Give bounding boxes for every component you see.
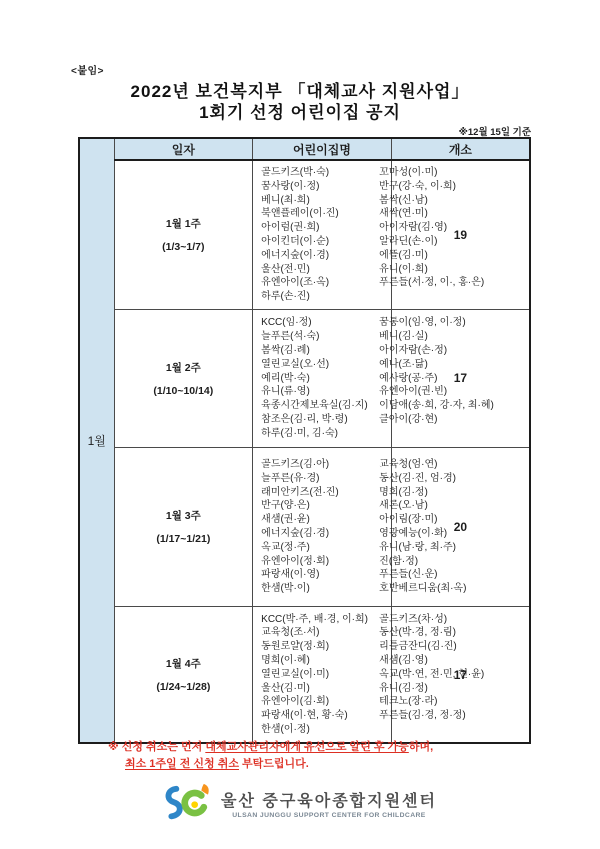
center-name: 파랑새(이·현, 황·숙) — [261, 709, 379, 723]
logo-mark-icon — [163, 781, 213, 825]
centers-column-left: 골드키즈(김·아)늘푸른(유·경)래미안키즈(전·진)반구(양·은)새샘(권·윤… — [261, 458, 379, 596]
column-header-center: 어린이집명 — [253, 138, 392, 160]
center-name: 아이킨더(이·순) — [261, 235, 379, 249]
center-name: 동산(박·경, 정·림) — [379, 626, 484, 640]
center-name: 호반베르디움(최·옥) — [379, 582, 466, 596]
center-name: 유니(남·랑, 최·주) — [379, 541, 466, 555]
center-name: 교육청(엄·연) — [379, 458, 466, 472]
center-name: 알라딘(손·이) — [379, 235, 484, 249]
center-name: 아이자람(손·정) — [379, 344, 494, 358]
centers-column-left: 골드키즈(박·숙)꿈사랑(이·정)베니(최·희)북앤플레이(이·진)아이럼(권·… — [261, 166, 379, 304]
center-name: 새샘(김·영) — [379, 654, 484, 668]
organization-logo: 울산 중구육아종합지원센터 ULSAN JUNGGU SUPPORT CENTE… — [0, 781, 600, 825]
attachment-label: <붙임> — [71, 62, 104, 77]
center-name: 파랑새(이·영) — [261, 568, 379, 582]
center-name: 유니(류·영) — [261, 385, 379, 399]
center-name: 푸른들(신·운) — [379, 568, 466, 582]
center-name: 새싹(연·미) — [379, 207, 484, 221]
centers-cell-week2: KCC(임·정)늘푸른(석·숙)봄싹(김·례)열린교실(오·선)예리(박·숙)유… — [253, 309, 392, 447]
center-name: 육종시간제보육실(김·지) — [261, 399, 379, 413]
center-name: 아이자람(김·영) — [379, 221, 484, 235]
center-name: 골드키즈(차·성) — [379, 613, 484, 627]
date-cell-week1: 1월 1주 (1/3~1/7) — [114, 160, 253, 309]
logo-text: 울산 중구육아종합지원센터 ULSAN JUNGGU SUPPORT CENTE… — [221, 788, 437, 819]
week-label: 1월 4주 — [115, 656, 253, 671]
center-name: 에너지숲(김·경) — [261, 527, 379, 541]
center-name: 봄싹(김·례) — [261, 344, 379, 358]
center-name: 명희(이·혜) — [261, 654, 379, 668]
week-label: 1월 3주 — [115, 508, 253, 523]
center-name: 베니(최·희) — [261, 194, 379, 208]
center-name: 열린교실(이·미) — [261, 668, 379, 682]
date-cell-week4: 1월 4주 (1/24~1/28) — [114, 606, 253, 743]
center-name: 에너지숲(이·경) — [261, 249, 379, 263]
center-name: 유니(김·정) — [379, 682, 484, 696]
center-name: 푸른들(서·정, 이·, 홍·은) — [379, 276, 484, 290]
center-name: 봄싹(신·남) — [379, 194, 484, 208]
centers-column-left: KCC(박·주, 배·경, 이·희)교육청(조·서)동원로얄(정·희)명희(이·… — [261, 613, 379, 737]
title-line-1: 2022년 보건복지부 「대체교사 지원사업」 — [0, 81, 600, 102]
center-name: 울산(전·민) — [261, 263, 379, 277]
column-header-count: 개소 — [391, 138, 530, 160]
center-name: 베니(김·실) — [379, 330, 494, 344]
table-row: 1월 3주 (1/17~1/21) 골드키즈(김·아)늘푸른(유·경)래미안키즈… — [79, 447, 530, 606]
org-name-korean: 울산 중구육아종합지원센터 — [221, 788, 437, 811]
center-name: 래미안키즈(전·진) — [261, 486, 379, 500]
center-name: 클아이(강·현) — [379, 413, 494, 427]
table-row: 1월 1주 (1/3~1/7) 골드키즈(박·숙)꿈사랑(이·정)베니(최·희)… — [79, 160, 530, 309]
week-label: 1월 2주 — [115, 360, 253, 375]
centers-column-right: 꼬마성(이·미)반구(강·숙, 이·희)봄싹(신·남)새싹(연·미)아이자람(김… — [379, 166, 484, 304]
centers-column-left: KCC(임·정)늘푸른(석·숙)봄싹(김·례)열린교실(오·선)예리(박·숙)유… — [261, 316, 379, 440]
center-name: 이담애(송·희, 강·자, 최·혜) — [379, 399, 494, 413]
center-name: 교육청(조·서) — [261, 626, 379, 640]
center-name: 유엔아이(김·회) — [261, 695, 379, 709]
date-range: (1/24~1/28) — [115, 681, 253, 693]
center-name: 하루(김·미, 김·숙) — [261, 427, 379, 441]
note-line2-suffix: 부탁드립니다. — [239, 758, 309, 770]
center-name: 진(함·정) — [379, 555, 466, 569]
center-name: 옥교(정·주) — [261, 541, 379, 555]
center-name: 동산(김·진, 엄·경) — [379, 472, 466, 486]
center-name: KCC(임·정) — [261, 316, 379, 330]
center-name: 골드키즈(김·아) — [261, 458, 379, 472]
org-name-english: ULSAN JUNGGU SUPPORT CENTER FOR CHILDCAR… — [221, 812, 437, 819]
center-name: 푸른들(김·경, 정·정) — [379, 709, 484, 723]
note-line2-underlined: 최소 1주일 전 신청 취소 — [125, 758, 239, 770]
table-row: 1월 2주 (1/10~10/14) KCC(임·정)늘푸른(석·숙)봄싹(김·… — [79, 309, 530, 447]
center-name: 새론(오·남) — [379, 499, 466, 513]
center-name: 늘푸른(유·경) — [261, 472, 379, 486]
month-label-cell: 1월 — [79, 138, 114, 743]
center-name: 유니(이·희) — [379, 263, 484, 277]
centers-column-right: 꿈통이(임·영, 이·정)베니(김·실)아이자람(손·정)예나(조·닮)예사랑(… — [379, 316, 494, 440]
column-header-date: 일자 — [114, 138, 253, 160]
center-name: 아이럼(권·희) — [261, 221, 379, 235]
center-name: 옥교(박·연, 전·민, 현·윤) — [379, 668, 484, 682]
center-name: 동원로얄(정·희) — [261, 640, 379, 654]
center-name: 새샘(권·윤) — [261, 513, 379, 527]
centers-cell-week3: 골드키즈(김·아)늘푸른(유·경)래미안키즈(전·진)반구(양·은)새샘(권·윤… — [253, 447, 392, 606]
center-name: 울산(김·미) — [261, 682, 379, 696]
center-name: 예나(조·닮) — [379, 358, 494, 372]
center-name: 유엔아이(조·옥) — [261, 276, 379, 290]
center-name: 꿈통이(임·영, 이·정) — [379, 316, 494, 330]
week-label: 1월 1주 — [115, 216, 253, 231]
center-name: 열린교실(오·선) — [261, 358, 379, 372]
center-name: 유엔아이(정·회) — [261, 555, 379, 569]
center-name: 테크노(장·라) — [379, 695, 484, 709]
basis-date-note: ※12월 15일 기준 — [459, 124, 531, 138]
center-name: 꼬마성(이·미) — [379, 166, 484, 180]
date-range: (1/10~10/14) — [115, 385, 253, 397]
center-name: 명희(김·정) — [379, 486, 466, 500]
center-name: 늘푸른(석·숙) — [261, 330, 379, 344]
centers-cell-week1: 골드키즈(박·숙)꿈사랑(이·정)베니(최·희)북앤플레이(이·진)아이럼(권·… — [253, 160, 392, 309]
date-cell-week3: 1월 3주 (1/17~1/21) — [114, 447, 253, 606]
center-name: 북앤플레이(이·진) — [261, 207, 379, 221]
note-line1-suffix: 하며, — [409, 741, 433, 753]
center-name: 에뜰(김·미) — [379, 249, 484, 263]
center-name: 반구(강·숙, 이·희) — [379, 180, 484, 194]
center-name: 리틀금잔디(김·진) — [379, 640, 484, 654]
centers-cell-week4: KCC(박·주, 배·경, 이·희)교육청(조·서)동원로얄(정·희)명희(이·… — [253, 606, 392, 743]
cancellation-note: ※ 신청 취소는 먼저 대체교사관리자에게 유선으로 알린 후 가능하며, 최소… — [108, 739, 433, 773]
center-name: 예리(박·숙) — [261, 372, 379, 386]
center-name: 골드키즈(박·숙) — [261, 166, 379, 180]
document-title: 2022년 보건복지부 「대체교사 지원사업」 1회기 선정 어린이집 공지 — [0, 81, 600, 123]
centers-column-right: 골드키즈(차·성)동산(박·경, 정·림)리틀금잔디(김·진)새샘(김·영)옥교… — [379, 613, 484, 737]
date-range: (1/17~1/21) — [115, 533, 253, 545]
title-line-2: 1회기 선정 어린이집 공지 — [0, 102, 600, 123]
center-name: 반구(양·은) — [261, 499, 379, 513]
center-name: 꿈사랑(이·정) — [261, 180, 379, 194]
table-row: 1월 4주 (1/24~1/28) KCC(박·주, 배·경, 이·희)교육청(… — [79, 606, 530, 743]
note-line1-prefix: ※ 신청 취소는 먼저 — [108, 741, 205, 753]
date-cell-week2: 1월 2주 (1/10~10/14) — [114, 309, 253, 447]
note-line1-underlined: 대체교사관리자에게 유선으로 알린 후 가능 — [205, 741, 409, 753]
center-name: 참조은(김·리, 박·령) — [261, 413, 379, 427]
table-header-row: 1월 일자 어린이집명 개소 — [79, 138, 530, 160]
center-name: 한샘(이·정) — [261, 723, 379, 737]
date-range: (1/3~1/7) — [115, 241, 253, 253]
center-name: 예사랑(공·주) — [379, 372, 494, 386]
selection-table: 1월 일자 어린이집명 개소 1월 1주 (1/3~1/7) 골드키즈(박·숙)… — [78, 137, 531, 744]
center-name: 유엔아이(권·빈) — [379, 385, 494, 399]
center-name: 한샘(박·이) — [261, 582, 379, 596]
center-name: 하루(손·진) — [261, 290, 379, 304]
center-name: KCC(박·주, 배·경, 이·희) — [261, 613, 379, 627]
